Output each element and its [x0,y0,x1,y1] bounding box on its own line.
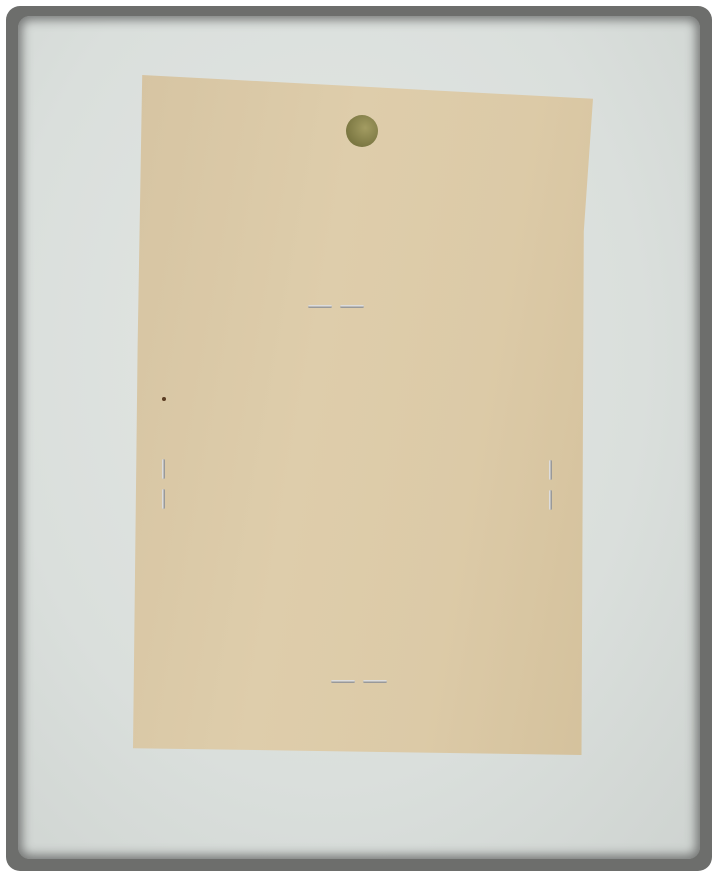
stain-spot [162,397,166,401]
staple [363,680,387,683]
staple [340,305,364,308]
staple [549,490,552,510]
paper-card [133,75,593,755]
staple [162,489,165,509]
hang-hole [346,115,378,147]
staple [549,460,552,480]
staple [308,305,332,308]
staple [331,680,355,683]
staple [162,459,165,479]
